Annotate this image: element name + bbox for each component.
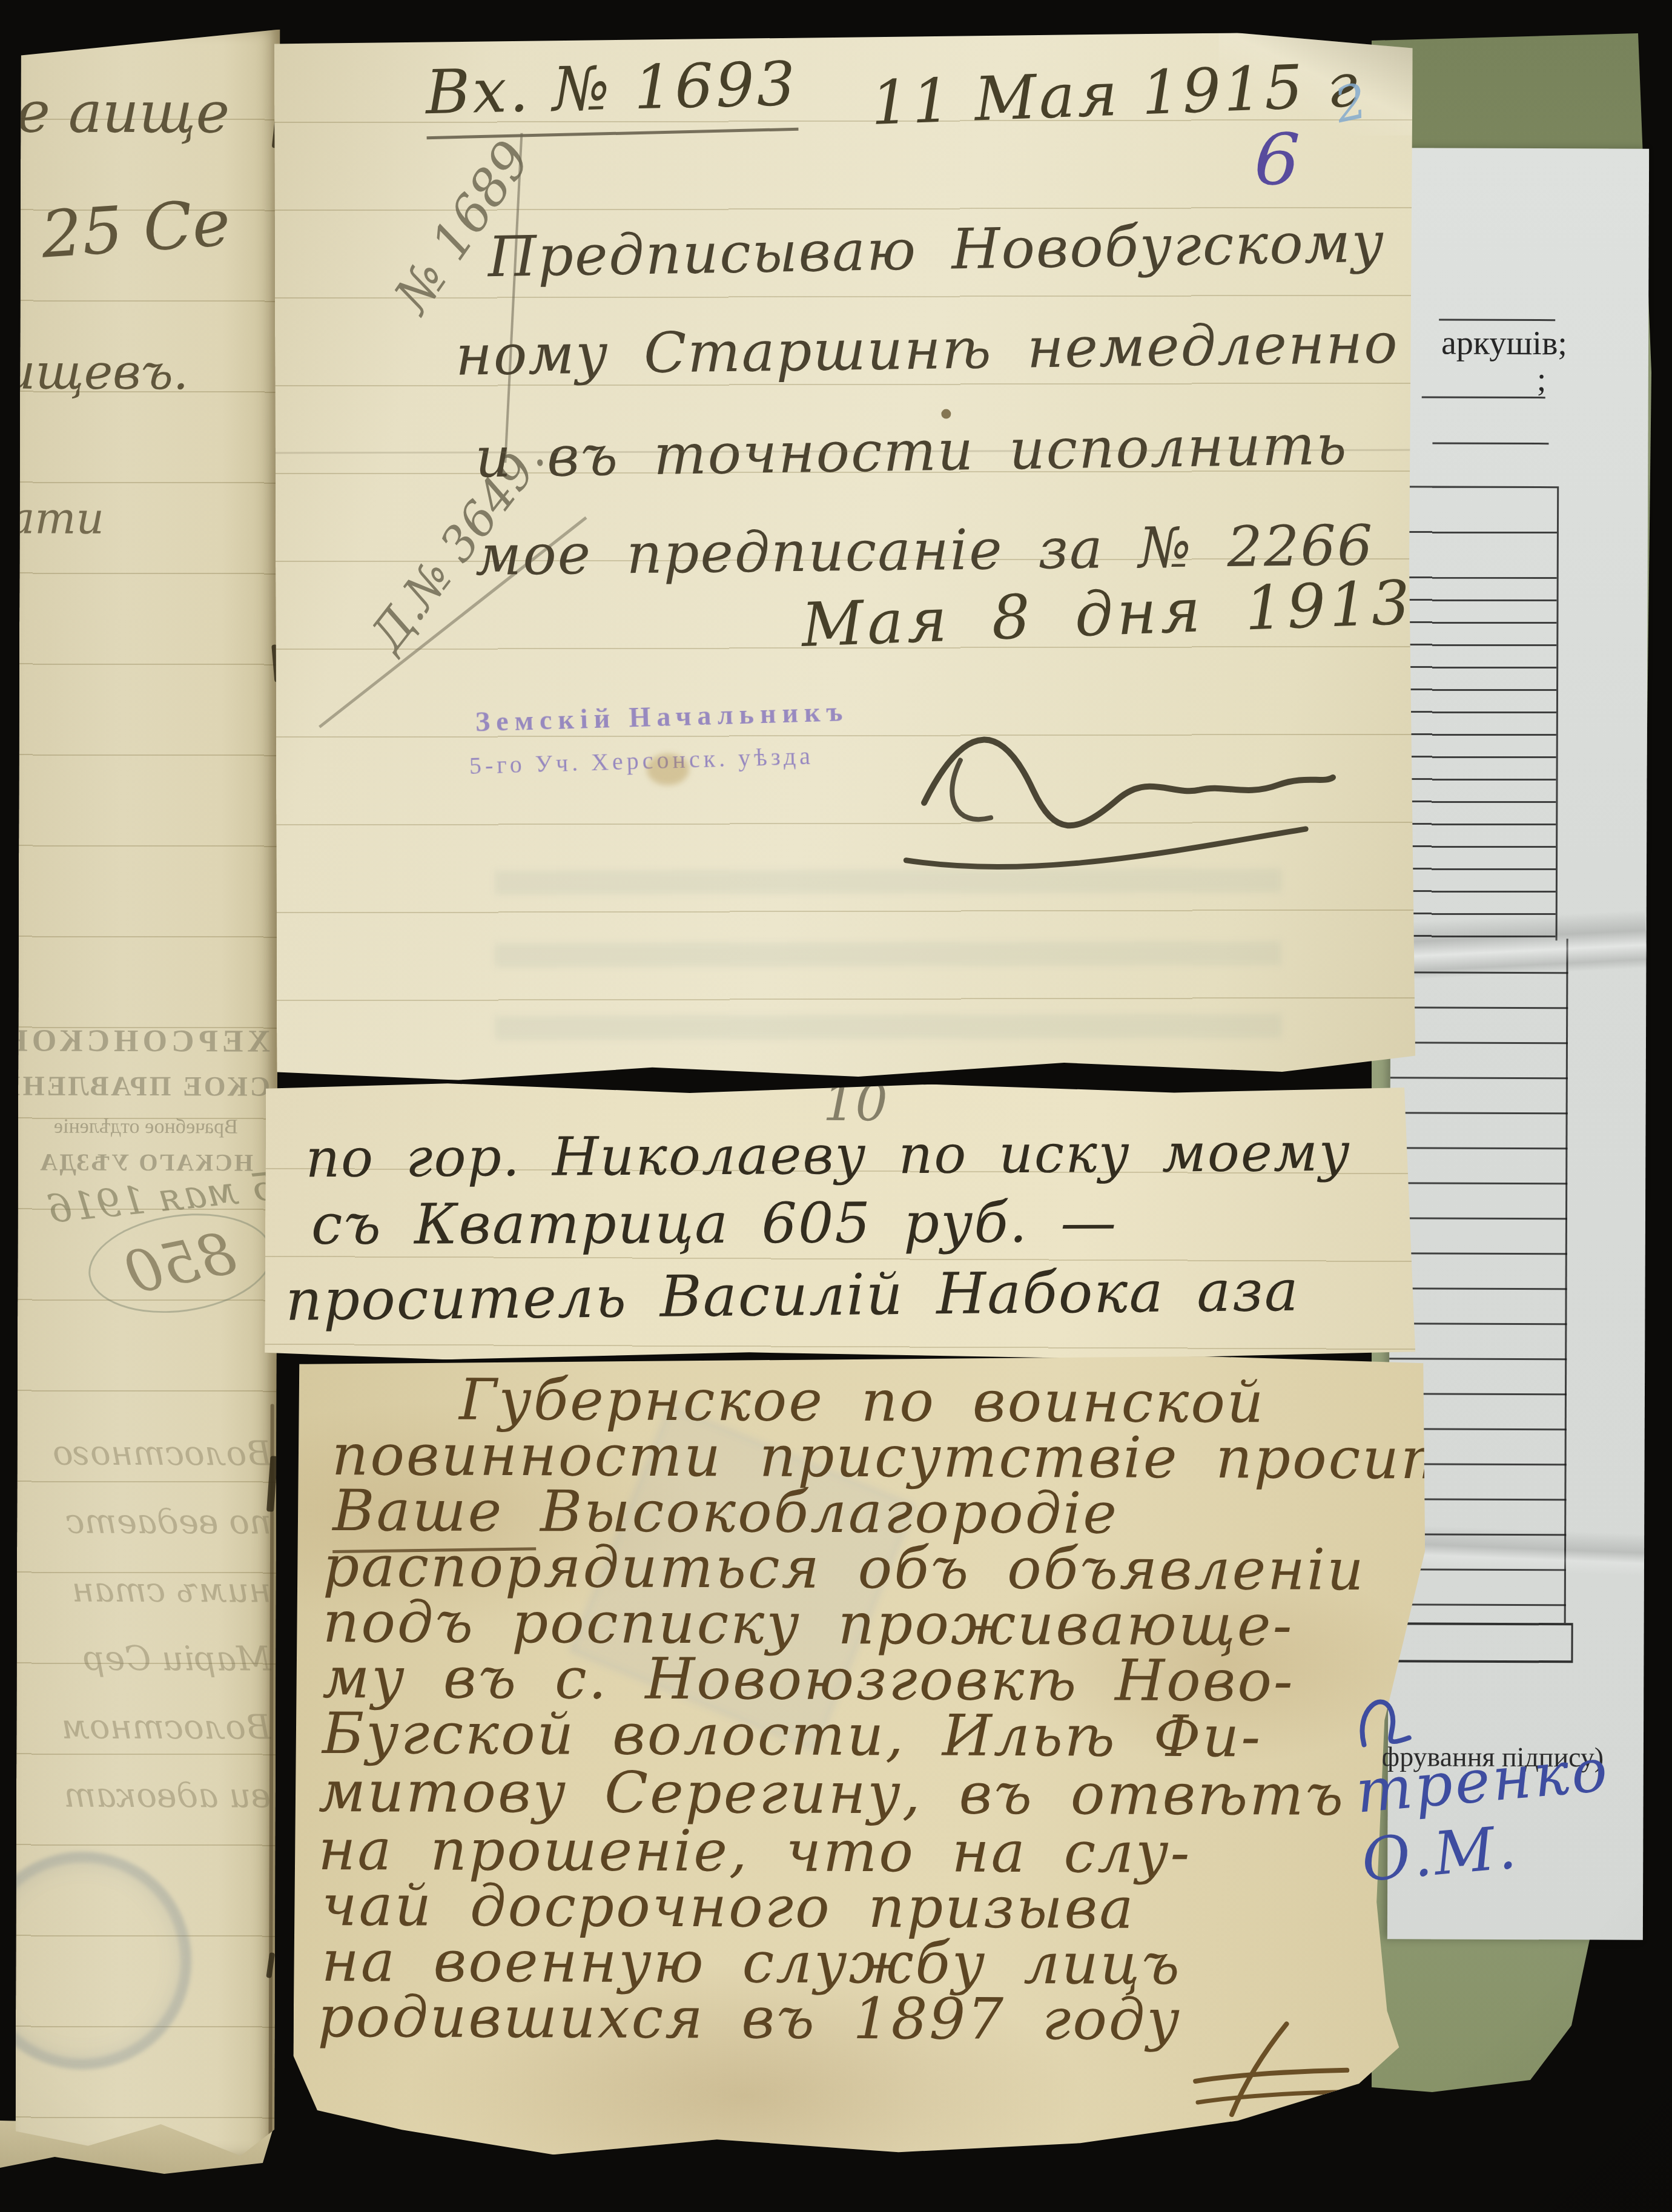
form-label-semicolon: ; [1537, 360, 1547, 399]
form-blank-rule [1422, 396, 1545, 398]
letter-line: родившихся въ 1897 году [317, 1984, 1181, 2053]
bleedthrough-line: Маріи Сер [41, 1639, 271, 1679]
handwriting-fragment: ъ 25 Се [0, 185, 233, 277]
military-letter-page: Губернское по воинской повинности присут… [293, 1353, 1426, 2163]
left-page-strip: ше аище ъ 25 Се ищевъ. ати ХЕРСОНСКОЕ СК… [15, 28, 280, 2156]
signature-flourish-start [1347, 1679, 1426, 1758]
order-page: Вх. № 1693 11 Мая 1915 г 2 6 № 1689 Д.№ … [274, 33, 1416, 1087]
handwriting-fragment: ати [8, 492, 104, 543]
bleedthrough-line: Врачебное отдѣленіе [22, 1115, 270, 1138]
handwriting-fragment: ше аище [0, 79, 230, 146]
bleedthrough-smudge [494, 868, 1282, 1070]
petition-line: по гор. Николаеву по иску моему [305, 1121, 1351, 1190]
bleedthrough-line: Волостного [17, 1433, 271, 1473]
bleedthrough-line: СКОЕ ПРАВЛЕНІ [22, 1069, 270, 1102]
bleedthrough-line: ви адвокат [28, 1775, 271, 1815]
bleedthrough-line: ХЕРСОНСКОЕ [22, 1023, 270, 1059]
handwriting-fragment: ищевъ. [4, 343, 189, 400]
form-label-arkushiv: аркушів; [1441, 324, 1567, 363]
form-footer-box [1388, 1622, 1573, 1663]
bleedthrough-line: Волостном [71, 1708, 271, 1748]
registration-number: Вх. № 1693 [425, 48, 798, 139]
form-blank-rule [1439, 319, 1555, 322]
bleedthrough-letterhead: ХЕРСОНСКОЕ СКОЕ ПРАВЛЕНІ Врачебное отдѣл… [22, 971, 271, 1177]
round-stamp-bleedthrough [0, 1851, 192, 2070]
form-blank-rule [1432, 442, 1548, 444]
form-ruled-table-upper [1391, 486, 1559, 940]
archivist-signature: тренко О.М. [1347, 1658, 1672, 1895]
petition-strip-page: 10 по гор. Николаеву по иску моему съ Кв… [265, 1081, 1416, 1366]
archival-photo: и аркушів; ; (розшифрування підпису) ше … [0, 0, 1672, 2212]
page-number: 6 [1253, 117, 1301, 202]
binding-stitch [266, 1952, 275, 1978]
stamp-line: Земскій Начальникъ [475, 695, 849, 738]
order-line: ному Старшинѣ немедленно [455, 311, 1399, 388]
paper-crease [1389, 910, 1647, 980]
petition-line: проситель Василій Набока аза [285, 1258, 1300, 1334]
bleedthrough-text-block: Волостного по ведаетс нимъ стан Маріи Се… [16, 1433, 272, 1844]
stamp-number: 850 [119, 1219, 242, 1308]
bleedthrough-line: по ведаетс [53, 1502, 271, 1542]
paper-stain [647, 754, 689, 785]
petition-line: съ Кватрица 605 руб. — [311, 1190, 1117, 1256]
ink-spot [941, 409, 951, 419]
bleedthrough-line: нимъ стан [90, 1571, 271, 1611]
signature-text: тренко О.М. [1353, 1735, 1612, 1895]
closing-flourish [1189, 2018, 1360, 2127]
